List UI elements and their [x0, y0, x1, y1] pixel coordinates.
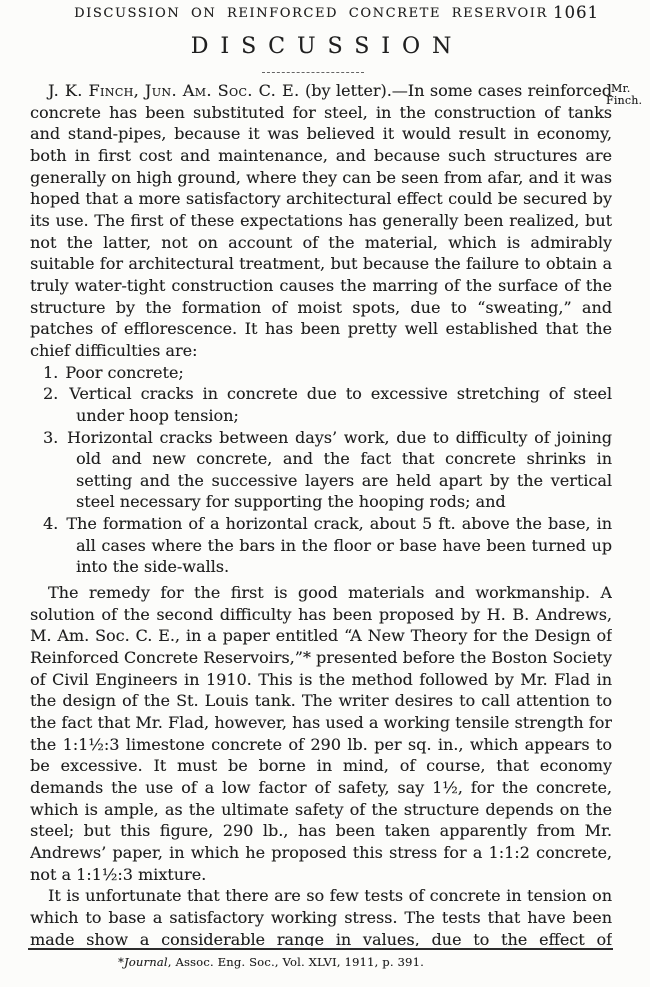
margin-note-line2: Finch. [606, 95, 650, 107]
difficulties-list: 1. Poor concrete; 2. Vertical cracks in … [30, 362, 612, 579]
list-item-2-text: Vertical cracks in concrete due to exces… [69, 384, 612, 425]
list-item-1-text: Poor concrete; [65, 363, 183, 382]
footnote-journal-title: Journal [124, 955, 168, 969]
paragraph-3: It is unfortunate that there are so few … [30, 885, 612, 946]
list-item-3-text: Horizontal cracks between days’ work, du… [67, 428, 612, 512]
body-text: J. K. Finch, Jun. Am. Soc. C. E. (by let… [30, 80, 612, 946]
list-item-1: 1. Poor concrete; [30, 362, 612, 384]
margin-note-speaker: Mr. Finch. [606, 83, 650, 107]
list-item-2-number: 2. [43, 384, 60, 403]
list-item-2: 2. Vertical cracks in concrete due to ex… [30, 383, 612, 426]
paragraph-2: The remedy for the first is good materia… [30, 582, 612, 885]
paragraph-1-text: (by letter).—In some cases reinforced co… [30, 81, 612, 360]
list-item-4-number: 4. [43, 514, 60, 533]
footnote-text: , Assoc. Eng. Soc., Vol. XLVI, 1911, p. … [168, 955, 424, 969]
running-title: Discussion on Reinforced Concrete Reserv… [74, 6, 548, 21]
list-item-4-text: The formation of a horizontal crack, abo… [66, 514, 612, 576]
footnote: *Journal, Assoc. Eng. Soc., Vol. XLVI, 1… [118, 955, 424, 969]
page-number: 1061 [553, 3, 599, 22]
document-page: Discussion on Reinforced Concrete Reserv… [0, 0, 650, 987]
list-item-1-number: 1. [43, 363, 60, 382]
paragraph-1: J. K. Finch, Jun. Am. Soc. C. E. (by let… [30, 80, 612, 362]
speaker-name: J. K. Finch, Jun. Am. Soc. C. E. [48, 81, 300, 100]
footnote-divider [28, 948, 613, 950]
list-item-3: 3. Horizontal cracks between days’ work,… [30, 427, 612, 514]
section-title: DISCUSSION [30, 34, 612, 59]
list-item-4: 4. The formation of a horizontal crack, … [30, 513, 612, 578]
list-item-3-number: 3. [43, 428, 60, 447]
running-header: Discussion on Reinforced Concrete Reserv… [20, 6, 602, 21]
title-rule-divider [262, 72, 364, 73]
